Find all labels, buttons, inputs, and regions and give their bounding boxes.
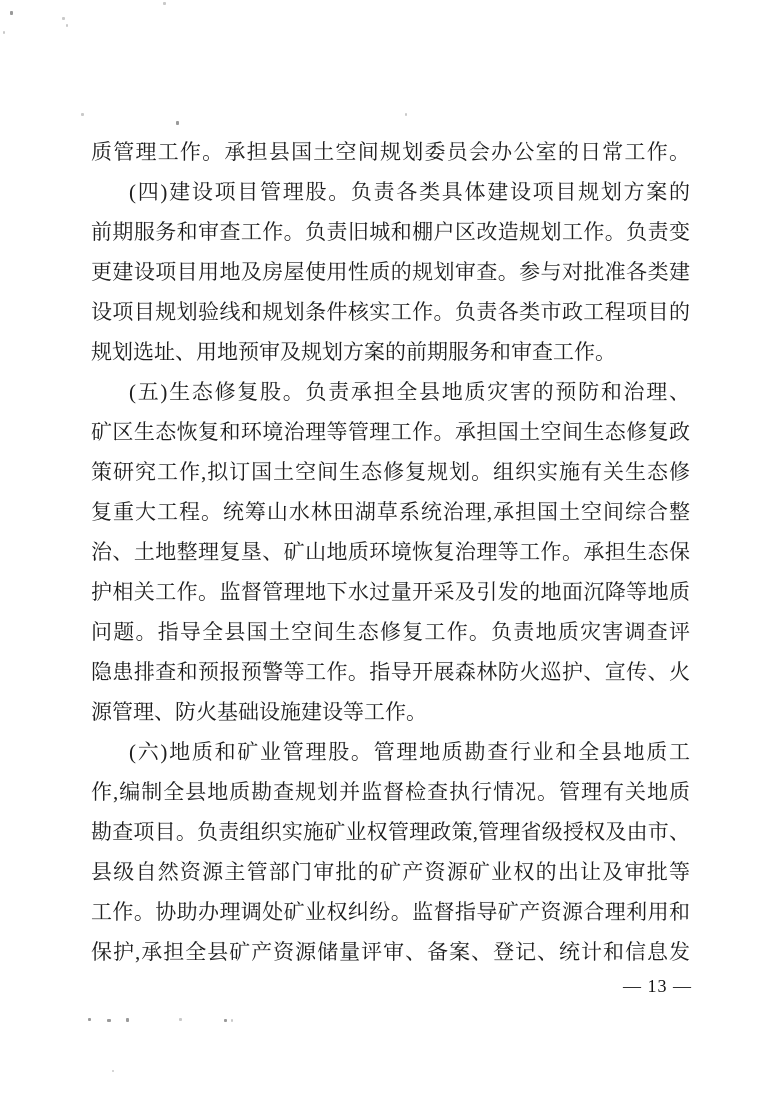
text-line: 复重大工程。统筹山水林田湖草系统治理,承担国土空间综合整 <box>91 492 690 532</box>
scan-speck <box>66 24 68 27</box>
scan-speck <box>62 17 65 20</box>
scan-speck <box>112 1070 114 1072</box>
scan-speck <box>3 31 5 34</box>
scan-speck <box>81 113 84 116</box>
text-line: 勘查项目。负责组织实施矿业权管理政策,管理省级授权及由市、 <box>91 812 690 852</box>
scan-speck <box>176 121 179 125</box>
text-line: (六)地质和矿业管理股。管理地质勘查行业和全县地质工 <box>91 732 690 772</box>
scan-speck <box>88 1018 91 1021</box>
scan-speck <box>163 2 166 5</box>
scan-speck <box>107 1019 111 1022</box>
text-line: 设项目规划验线和规划条件核实工作。负责各类市政工程项目的 <box>91 292 690 332</box>
scan-speck <box>405 113 407 116</box>
text-line: 保护,承担全县矿产资源储量评审、备案、登记、统计和信息发 <box>91 932 690 972</box>
text-line: (四)建设项目管理股。负责各类具体建设项目规划方案的 <box>91 172 690 212</box>
page-number: — 13 — <box>623 972 692 1000</box>
text-line: 治、土地整理复垦、矿山地质环境恢复治理等工作。承担生态保 <box>91 532 690 572</box>
text-line: (五)生态修复股。负责承担全县地质灾害的预防和治理、 <box>91 372 690 412</box>
text-line: 规划选址、用地预审及规划方案的前期服务和审查工作。 <box>91 332 690 372</box>
document-body: 质管理工作。承担县国土空间规划委员会办公室的日常工作。(四)建设项目管理股。负责… <box>91 132 690 972</box>
text-line: 前期服务和审查工作。负责旧城和棚户区改造规划工作。负责变 <box>91 212 690 252</box>
paragraph: (四)建设项目管理股。负责各类具体建设项目规划方案的前期服务和审查工作。负责旧城… <box>91 172 690 372</box>
text-line: 工作。协助办理调处矿业权纠纷。监督指导矿产资源合理利用和 <box>91 892 690 932</box>
paragraph: 质管理工作。承担县国土空间规划委员会办公室的日常工作。 <box>91 132 690 172</box>
scan-speck <box>179 1018 182 1021</box>
text-line: 护相关工作。监督管理地下水过量开采及引发的地面沉降等地质 <box>91 572 690 612</box>
text-line: 作,编制全县地质勘查规划并监督检查执行情况。管理有关地质 <box>91 772 690 812</box>
scan-speck <box>224 1019 227 1022</box>
paragraph: (五)生态修复股。负责承担全县地质灾害的预防和治理、矿区生态恢复和环境治理等管理… <box>91 372 690 732</box>
text-line: 隐患排查和预报预警等工作。指导开展森林防火巡护、宣传、火 <box>91 652 690 692</box>
text-line: 矿区生态恢复和环境治理等管理工作。承担国土空间生态修复政 <box>91 412 690 452</box>
scan-speck <box>231 1019 233 1022</box>
text-line: 问题。指导全县国土空间生态修复工作。负责地质灾害调查评价、 <box>91 612 690 652</box>
paragraph: (六)地质和矿业管理股。管理地质勘查行业和全县地质工作,编制全县地质勘查规划并监… <box>91 732 690 972</box>
text-line: 策研究工作,拟订国土空间生态修复规划。组织实施有关生态修 <box>91 452 690 492</box>
scan-speck <box>126 1018 129 1022</box>
text-line: 源管理、防火基础设施建设等工作。 <box>91 692 690 732</box>
scanned-document-page: 质管理工作。承担县国土空间规划委员会办公室的日常工作。(四)建设项目管理股。负责… <box>0 0 777 1102</box>
scan-speck <box>10 11 13 15</box>
text-line: 更建设项目用地及房屋使用性质的规划审查。参与对批准各类建 <box>91 252 690 292</box>
text-line: 县级自然资源主管部门审批的矿产资源矿业权的出让及审批等 <box>91 852 690 892</box>
text-line: 质管理工作。承担县国土空间规划委员会办公室的日常工作。 <box>91 132 690 172</box>
